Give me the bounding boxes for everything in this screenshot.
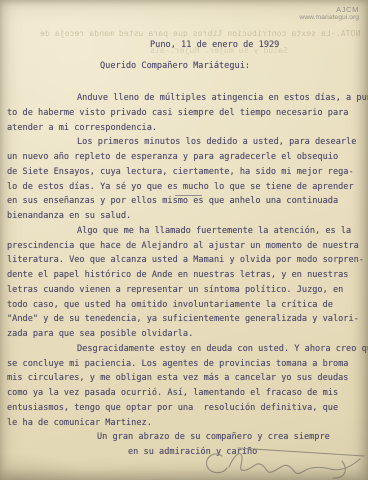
letter-line: en sus enseñanzas y por ellos mismo es q… <box>7 194 365 209</box>
signature-churata-icon <box>192 436 367 480</box>
letter-line: atender a mi correspondencia. <box>7 121 365 136</box>
letter-line: se concluye mi paciencia. Los agentes de… <box>7 357 365 372</box>
letter-salutation: Querido Compañero Mariátegui: <box>100 61 250 71</box>
handwritten-signature <box>192 436 367 480</box>
letter-line: Desgracidamente estoy en deuda con usted… <box>7 342 365 357</box>
letter-line: to de haberme visto privado casi siempre… <box>7 106 365 121</box>
letter-line: como ya la vez pasada ocurrió. Así, lame… <box>7 386 365 401</box>
scanned-letter-page: AJCM www.mariategui.org NOTA.-La sexta c… <box>0 0 368 480</box>
letter-line: entusiasmos, tengo que optar por una res… <box>7 401 365 416</box>
letter-date: Puno, 11 de enero de 1929 <box>150 40 279 50</box>
letter-line: todo caso, que usted ha omitido involunt… <box>7 298 365 313</box>
letter-line: letras cuando vienen a representar un sí… <box>7 283 365 298</box>
letter-line: Los primeros minutos los dedido a usted,… <box>7 135 365 150</box>
letter-line: un nuevo año repleto de esperanza y para… <box>7 150 365 165</box>
letter-line: "Ande" y de su tenedencia, ya suficiente… <box>7 312 365 327</box>
typed-underline-mark <box>175 195 202 196</box>
letter-line: le ha de comunicar Martinez. <box>7 416 365 431</box>
letter-body: Anduve lleno de múltiples atingencia en … <box>7 91 365 460</box>
letter-line: lo de estos días. Ya sé yo que es mucho … <box>7 180 365 195</box>
watermark-website: www.mariategui.org <box>299 14 359 22</box>
watermark-abbrev: AJCM <box>299 5 359 14</box>
letter-line: dente el papel histórico de Ande en nues… <box>7 268 365 283</box>
ink-bleedthrough-line-1: NOTA.-La sexta contribucion libros que p… <box>40 28 360 38</box>
archive-watermark: AJCM www.mariategui.org <box>299 5 359 23</box>
letter-line: Anduve lleno de múltiples atingencia en … <box>7 91 365 106</box>
letter-line: mis circulares, y me obligan esta vez má… <box>7 371 365 386</box>
letter-line: Algo que me ha llamado fuertemente la at… <box>7 224 365 239</box>
letter-line: bienandanza en su salud. <box>7 209 365 224</box>
letter-line: de Siete Ensayos, cuya lectura, ciertame… <box>7 165 365 180</box>
letter-line: prescindencia que hace de Alejandro al a… <box>7 239 365 254</box>
letter-line: zada para que sea posible olvidarla. <box>7 327 365 342</box>
letter-line: literatura. Veo que alcanza usted a Mama… <box>7 253 365 268</box>
